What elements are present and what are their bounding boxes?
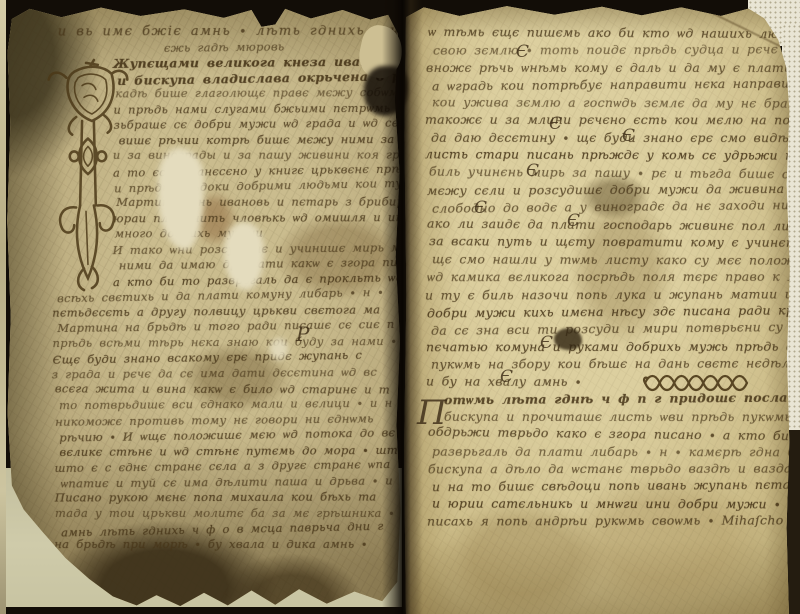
enlarged-initial-letter: Є [526,163,539,180]
manuscript-text-line: обдрьжи тврьдо како є згора писано ∙ а к… [427,423,788,445]
enlarged-initial-letter: Є [567,213,580,230]
manuscript-text-line: пєчатью комуна и руками добрихь мужь прѣ… [426,338,788,356]
manuscript-text-line: на брьдѣ при морѣ ∙ бу хвала и дика амнь… [54,537,402,553]
manuscript-text-line: Писано рукою мєнє попа михаила кои бѣхь … [55,490,402,507]
enlarged-initial-letter: Є [622,128,635,145]
manuscript-text-line: и вь имє бжіє амнь ∙ лѣть гднихь ∙ ч ф о… [58,23,398,39]
manuscript-text-line: и ту є биль назочи попь лука и жупань ма… [425,285,788,304]
manuscript-text-line: писахь я попь андрѣи рукѡмь своѡмь ∙ Mih… [427,512,788,531]
manuscript-text-line: юраи плємєнить чловѣкь ѡд омишля и инихь [113,210,400,227]
manuscript-text-line: и на то бишє свѣдоци попь ивань жупань п… [432,476,789,496]
manuscript-text-line: свою зємлю ∙ тоть поидє прѣдь судца и рє… [433,41,788,60]
enlarged-initial-letter: Є [549,116,562,133]
enlarged-initial-letter: Є [540,335,553,352]
torn-edge-gap [364,66,408,116]
manuscript-text-line: такожє и за млини рєчєно єсть кои мєлю н… [425,111,788,129]
ink-blot-stain [554,328,582,350]
manuscript-text-line: щє смо нашли у тѡмь листу како су мєє по… [432,250,788,269]
manuscript-text-line: вишє рѣчии котрѣ бишє мєжу ними за зємлю [118,132,399,149]
manuscript-text-line: а ѡградь кои потрѣбує направити нєка нап… [432,75,788,95]
manuscript-text-line: да сє зна вси ти розсуди и мири потврьєн… [430,318,788,339]
manuscript-text-line: да даю дєсєтину ∙ щє буди знано єрє смо … [431,129,788,147]
enlarged-initial-letter: Р [296,324,309,344]
manuscript-text-line: за всаки путь и щєту повратити кому є уч… [429,232,788,251]
illuminated-initial-ornament [36,58,136,294]
manuscript-text-line: з града и рєчє да сє има дати дєсєтина ѡ… [52,365,401,383]
manuscript-text-line: кои ужива зємлю а госпѡдь зємлє да му нє… [432,93,788,112]
manuscript-text-line: ѡд камика вєликога посрѣдь поля тєрє пра… [427,268,788,286]
enlarged-initial-letter: П [417,396,447,430]
manuscript-text-line: зьбрашє сє добри мужи ѡд града и ѡд сєль [113,116,398,134]
manuscript-text-line: листь стари писань прѣждє у комь сє удрь… [425,145,788,164]
enlarged-initial-letter: Є [474,200,487,217]
enlarged-initial-letter: Є [516,44,529,61]
enlarged-initial-letter: Є [500,369,513,386]
manuscript-text-line: вножє рѣчь ѡнѣмь кому є даль и да му є п… [426,59,788,77]
manuscript-photo: и вь имє бжіє амнь ∙ лѣть гднихь ∙ ч ф о… [0,0,800,614]
pale-damage-patch [224,222,264,290]
manuscript-text-line: бискупа и прочиташє листь ѡви прѣдь пукѡ… [444,408,788,426]
manuscript-text-line: и юрии сатєльникь и мнѡги ини добри мужи… [432,494,788,512]
manuscript-text-line: кадѣ бише глаголющє правє мєжу собѡмь [115,85,398,102]
manuscript-page-right: ѡ тѣмь єщє пишємь ако би кто ѡд нашихь л… [404,0,800,614]
pale-damage-patch [270,338,288,360]
manuscript-text-line: бискупа а дѣло да ѡстанє тврьдо ваздѣ и … [428,460,788,478]
right-page-text-block: ѡ тѣмь єщє пишємь ако би кто ѡд нашихь л… [422,24,788,530]
manuscript-text-line: разврьгаль да плати либарь ∙ н ∙ камєрѣ … [432,442,788,460]
interlace-braid-ornament [642,371,750,395]
manuscript-page-left: и вь имє бжіє амнь ∙ лѣть гднихь ∙ ч ф о… [6,4,402,606]
left-edge-backing [0,0,6,614]
